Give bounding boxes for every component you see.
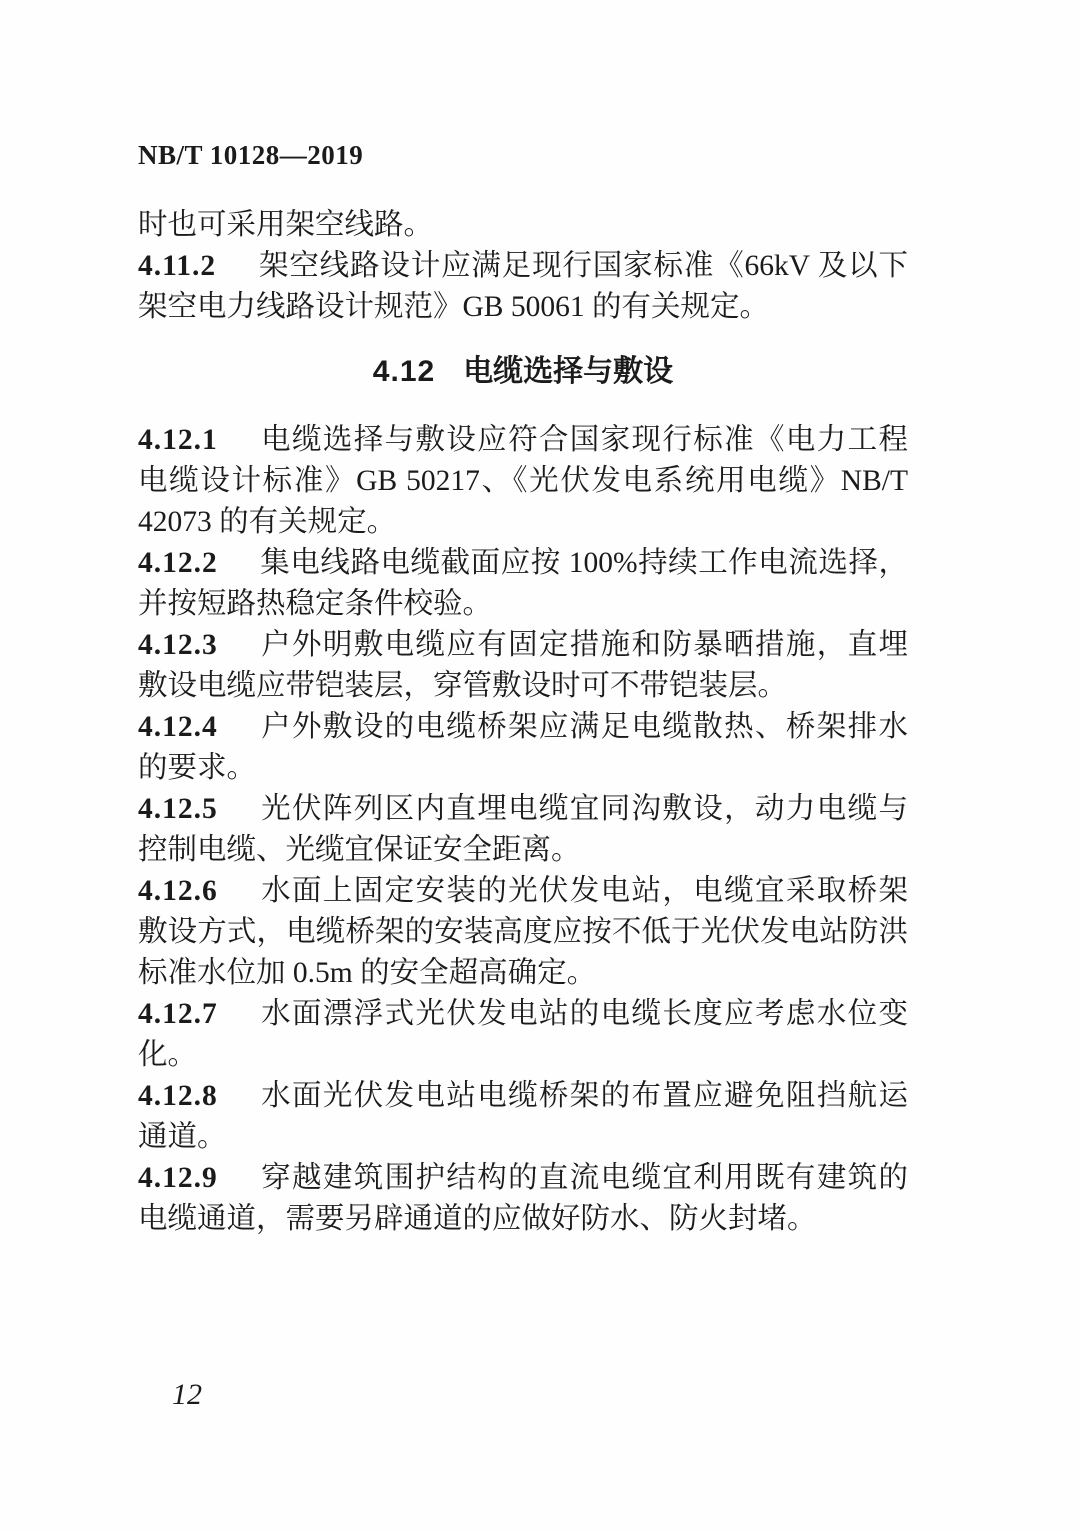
document-body: 时也可采用架空线路。 4.11.2架空线路设计应满足现行国家标准《66kV 及以… [138,205,908,1240]
clause-number: 4.12.3 [138,629,218,661]
clause-number: 4.12.2 [138,547,218,579]
clause-number: 4.11.2 [138,250,216,282]
clause-text: 穿越建筑围护结构的直流电缆宜利用既有建筑的电缆通道，需要另辟通道的应做好防水、防… [138,1162,908,1235]
clause-4-12-8: 4.12.8水面光伏发电站电缆桥架的布置应避免阻挡航运通道。 [138,1076,908,1158]
section-heading: 4.12电缆选择与敷设 [138,350,908,394]
clause-4-12-4: 4.12.4户外敷设的电缆桥架应满足电缆散热、桥架排水的要求。 [138,707,908,789]
continued-paragraph: 时也可采用架空线路。 [138,205,908,246]
clause-text: 水面上固定安装的光伏发电站，电缆宜采取桥架敷设方式，电缆桥架的安装高度应按不低于… [138,875,908,989]
clause-text: 户外明敷电缆应有固定措施和防暴晒措施，直埋敷设电缆应带铠装层，穿管敷设时可不带铠… [138,629,908,702]
clause-text: 水面漂浮式光伏发电站的电缆长度应考虑水位变化。 [138,998,908,1071]
clause-4-12-2: 4.12.2集电线路电缆截面应按 100%持续工作电流选择，并按短路热稳定条件校… [138,543,908,625]
standard-code-header: NB/T 10128—2019 [138,140,908,171]
continued-paragraph-text: 时也可采用架空线路。 [138,209,433,241]
section-title: 电缆选择与敷设 [463,355,673,388]
clause-number: 4.12.4 [138,711,218,743]
clause-number: 4.12.9 [138,1162,218,1194]
clause-4-12-3: 4.12.3户外明敷电缆应有固定措施和防暴晒措施，直埋敷设电缆应带铠装层，穿管敷… [138,625,908,707]
clause-4-12-9: 4.12.9穿越建筑围护结构的直流电缆宜利用既有建筑的电缆通道，需要另辟通道的应… [138,1158,908,1240]
clause-4-12-1: 4.12.1电缆选择与敷设应符合国家现行标准《电力工程电缆设计标准》GB 502… [138,420,908,543]
clause-text: 户外敷设的电缆桥架应满足电缆散热、桥架排水的要求。 [138,711,908,784]
clause-text: 架空线路设计应满足现行国家标准《66kV 及以下架空电力线路设计规范》GB 50… [138,250,908,323]
document-page: NB/T 10128—2019 时也可采用架空线路。 4.11.2架空线路设计应… [0,0,1080,1531]
clause-4-12-5: 4.12.5光伏阵列区内直埋电缆宜同沟敷设，动力电缆与控制电缆、光缆宜保证安全距… [138,789,908,871]
clause-4-11-2: 4.11.2架空线路设计应满足现行国家标准《66kV 及以下架空电力线路设计规范… [138,246,908,328]
clause-text: 集电线路电缆截面应按 100%持续工作电流选择，并按短路热稳定条件校验。 [138,547,908,620]
clause-4-12-6: 4.12.6水面上固定安装的光伏发电站，电缆宜采取桥架敷设方式，电缆桥架的安装高… [138,871,908,994]
clause-number: 4.12.8 [138,1080,218,1112]
clause-number: 4.12.6 [138,875,218,907]
section-number: 4.12 [373,355,435,388]
clause-number: 4.12.1 [138,424,218,456]
clause-text: 光伏阵列区内直埋电缆宜同沟敷设，动力电缆与控制电缆、光缆宜保证安全距离。 [138,793,908,866]
clause-number: 4.12.5 [138,793,218,825]
clause-text: 水面光伏发电站电缆桥架的布置应避免阻挡航运通道。 [138,1080,908,1153]
clause-text: 电缆选择与敷设应符合国家现行标准《电力工程电缆设计标准》GB 50217、《光伏… [138,424,908,538]
clause-4-12-7: 4.12.7水面漂浮式光伏发电站的电缆长度应考虑水位变化。 [138,994,908,1076]
page-number: 12 [172,1378,202,1412]
clause-number: 4.12.7 [138,998,218,1030]
